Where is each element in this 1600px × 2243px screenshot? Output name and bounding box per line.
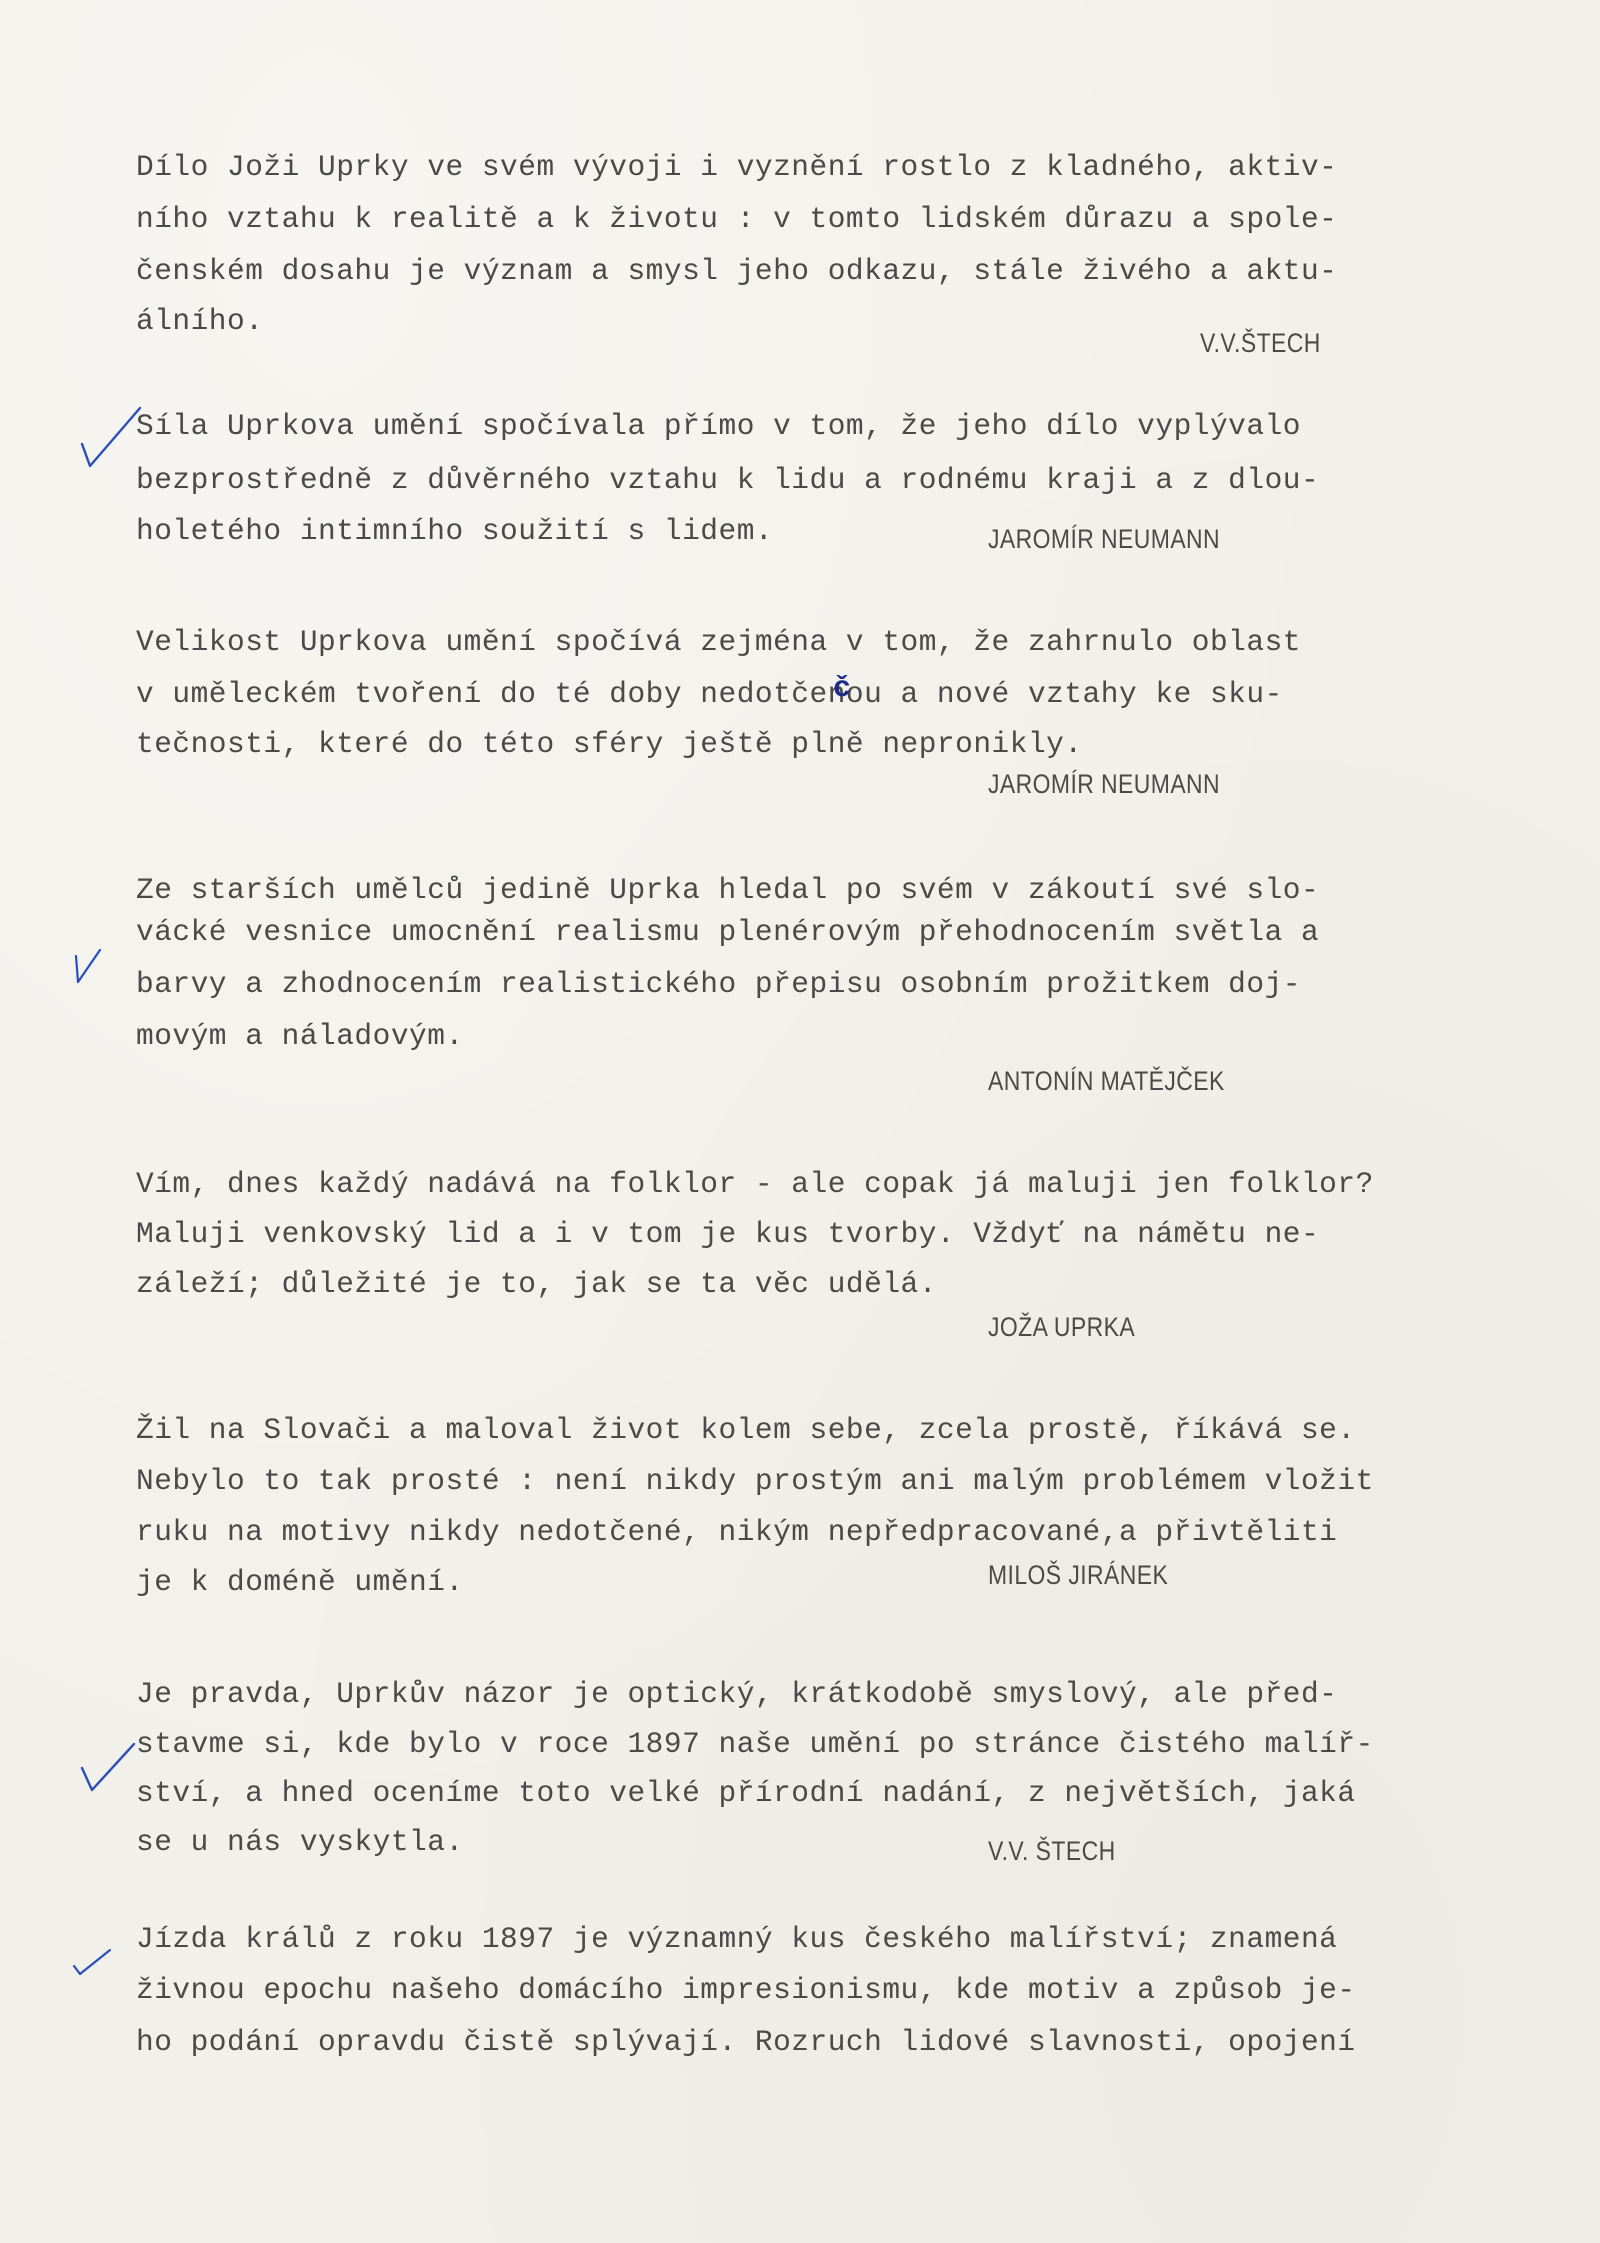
quote-line: Ze starších umělců jedině Uprka hledal p… bbox=[136, 876, 1319, 906]
quote-author: V.V. ŠTECH bbox=[988, 1838, 1116, 1865]
quote-line: ství, a hned oceníme toto velké přírodní… bbox=[136, 1779, 1356, 1809]
quote-line: Maluji venkovský lid a i v tom je kus tv… bbox=[136, 1220, 1319, 1250]
quote-line: ruku na motivy nikdy nedotčené, nikým ne… bbox=[136, 1518, 1337, 1548]
quote-line: movým a náladovým. bbox=[136, 1022, 464, 1052]
typewritten-page: Dílo Joži Uprky ve svém vývoji i vyznění… bbox=[0, 0, 1600, 2243]
checkmark-icon bbox=[72, 946, 106, 986]
quote-line: živnou epochu našeho domácího impresioni… bbox=[136, 1976, 1356, 2006]
quote-author: JAROMÍR NEUMANN bbox=[988, 771, 1220, 798]
quote-line: ního vztahu k realitě a k životu : v tom… bbox=[136, 205, 1337, 235]
quote-line: ho podání opravdu čistě splývají. Rozruc… bbox=[136, 2028, 1356, 2058]
quote-line: záleží; důležité je to, jak se ta věc ud… bbox=[136, 1270, 937, 1300]
quote-line: Nebylo to tak prosté : není nikdy prostý… bbox=[136, 1467, 1374, 1497]
quote-author: JAROMÍR NEUMANN bbox=[988, 526, 1220, 553]
quote-line: álního. bbox=[136, 307, 263, 337]
quote-line: Síla Uprkova umění spočívala přímo v tom… bbox=[136, 412, 1301, 442]
quote-line: vácké vesnice umocnění realismu plenérov… bbox=[136, 918, 1319, 948]
quote-line: je k doméně umění. bbox=[136, 1568, 464, 1598]
quote-author: JOŽA UPRKA bbox=[988, 1314, 1135, 1341]
quote-line: v uměleckém tvoření do té doby nedotčeno… bbox=[136, 680, 1283, 710]
quote-line: tečnosti, které do této sféry ještě plně… bbox=[136, 730, 1083, 760]
quote-author: V.V.ŠTECH bbox=[1200, 330, 1321, 357]
quote-line: Jízda králů z roku 1897 je významný kus … bbox=[136, 1925, 1337, 1955]
ink-correction: č bbox=[833, 672, 851, 706]
quote-line: se u nás vyskytla. bbox=[136, 1828, 464, 1858]
quote-line: Dílo Joži Uprky ve svém vývoji i vyznění… bbox=[136, 153, 1337, 183]
quote-line: Je pravda, Uprkův názor je optický, krát… bbox=[136, 1680, 1337, 1710]
quote-line: bezprostředně z důvěrného vztahu k lidu … bbox=[136, 466, 1319, 496]
quote-line: Velikost Uprkova umění spočívá zejména v… bbox=[136, 628, 1301, 658]
quote-author: ANTONÍN MATĚJČEK bbox=[988, 1068, 1225, 1095]
quote-line: Žil na Slovači a maloval život kolem seb… bbox=[136, 1416, 1356, 1446]
quote-line: Vím, dnes každý nadává na folklor - ale … bbox=[136, 1170, 1374, 1200]
quote-author: MILOŠ JIRÁNEK bbox=[988, 1562, 1168, 1589]
quote-line: barvy a zhodnocením realistického přepis… bbox=[136, 970, 1301, 1000]
checkmark-icon bbox=[78, 1740, 138, 1796]
checkmark-icon bbox=[72, 1948, 112, 1978]
quote-line: čenském dosahu je význam a smysl jeho od… bbox=[136, 257, 1337, 287]
quote-line: stavme si, kde bylo v roce 1897 naše umě… bbox=[136, 1730, 1374, 1760]
quote-line: holetého intimního soužití s lidem. bbox=[136, 517, 773, 547]
